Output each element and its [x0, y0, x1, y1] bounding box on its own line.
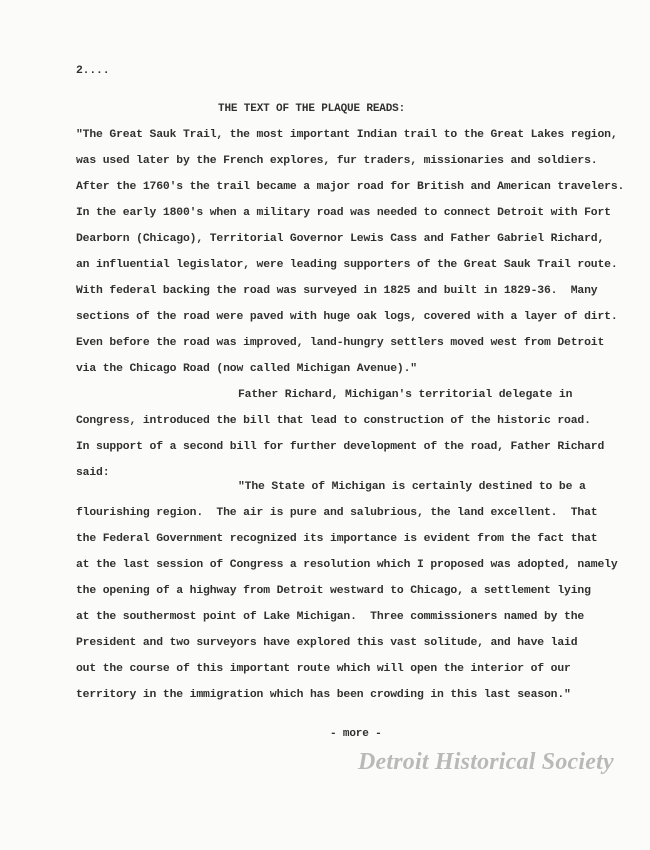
plaque-line: After the 1760's the trail became a majo…: [76, 180, 624, 194]
paragraph-line: Congress, introduced the bill that lead …: [76, 414, 591, 428]
plaque-line: In the early 1800's when a military road…: [76, 206, 611, 220]
quote-line: out the course of this important route w…: [76, 662, 571, 676]
quote-line: "The State of Michigan is certainly dest…: [238, 480, 586, 494]
section-heading: THE TEXT OF THE PLAQUE READS:: [218, 102, 405, 116]
quote-line: the opening of a highway from Detroit we…: [76, 584, 591, 598]
plaque-line: Even before the road was improved, land-…: [76, 336, 604, 350]
quote-line: at the southermost point of Lake Michiga…: [76, 610, 584, 624]
watermark: Detroit Historical Society: [358, 749, 614, 776]
document-page: 2.... THE TEXT OF THE PLAQUE READS: "The…: [0, 0, 650, 850]
plaque-line: "The Great Sauk Trail, the most importan…: [76, 128, 618, 142]
paragraph-line: In support of a second bill for further …: [76, 440, 604, 454]
page-number: 2....: [76, 64, 109, 78]
continuation-marker: - more -: [330, 727, 382, 741]
plaque-line: was used later by the French explores, f…: [76, 154, 597, 168]
paragraph-line: Father Richard, Michigan's territorial d…: [238, 388, 572, 402]
plaque-line: With federal backing the road was survey…: [76, 284, 597, 298]
quote-line: territory in the immigration which has b…: [76, 688, 571, 702]
quote-line: flourishing region. The air is pure and …: [76, 506, 597, 520]
plaque-line: sections of the road were paved with hug…: [76, 310, 618, 324]
quote-line: President and two surveyors have explore…: [76, 636, 577, 650]
plaque-line: via the Chicago Road (now called Michiga…: [76, 362, 417, 376]
paragraph-line: said:: [76, 466, 109, 480]
quote-line: at the last session of Congress a resolu…: [76, 558, 618, 572]
plaque-line: an influential legislator, were leading …: [76, 258, 618, 272]
quote-line: the Federal Government recognized its im…: [76, 532, 597, 546]
plaque-line: Dearborn (Chicago), Territorial Governor…: [76, 232, 604, 246]
